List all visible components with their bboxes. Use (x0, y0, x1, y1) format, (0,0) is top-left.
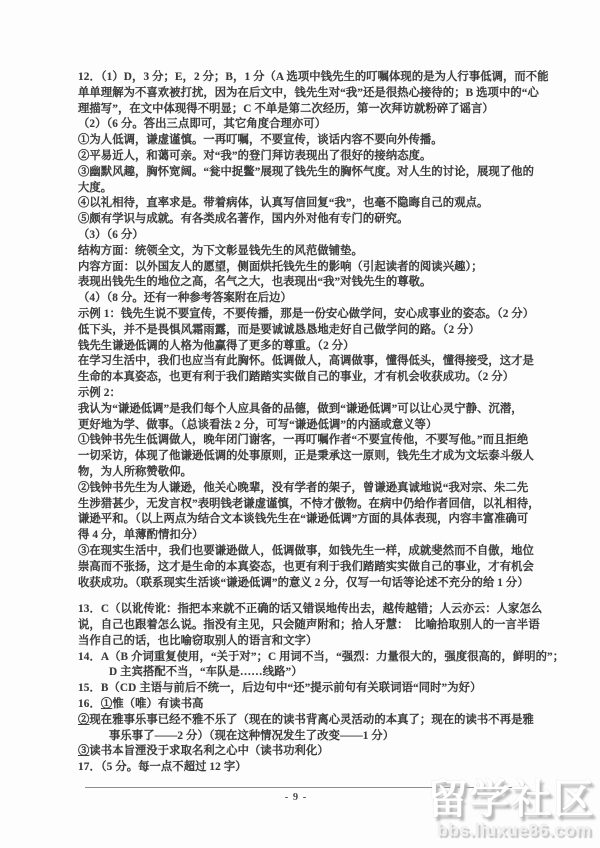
line-text: D 主宾搭配不当，“车队是……线路”） (109, 666, 303, 678)
line-text: 14．A（B 介词重复使用，“关于对”；C 用词不当，“强烈：力量很大的，强度很… (78, 651, 564, 663)
watermark-site-url: bbs.liuxue86.com (437, 822, 600, 840)
document-line: 生涉猎甚少，无发言权”表明钱老谦虚谨慎，不恃才傲物。在病中仍给作者回信，以礼相待… (78, 497, 538, 513)
document-line: 14．A（B 介词重复使用，“关于对”；C 用词不当，“强烈：力量很大的，强度很… (78, 650, 538, 666)
line-text: 12．（1）D，3 分；E，2 分；B，1 分（A 选项中钱先生的叮嘱体现的是为… (78, 71, 549, 83)
document-line: ⑤颇有学识与成就。有各类成名著作，国内外对他有专门的研究。 (78, 212, 538, 228)
line-text: （4）（8 分。还有一种参考答案附在后边） (78, 292, 292, 304)
question-number: 16． (78, 698, 101, 710)
line-text: 读书本旨湮没于求取名利之心中（读书功利化） (89, 745, 328, 757)
line-text: 示例 1：钱先生说不要宣传，不要传播，那是一份安心做学问，安心成事业的姿态。（2… (78, 308, 534, 320)
document-line: ②平易近人，和蔼可亲。对“我”的登门拜访表现出了很好的接纳态度。 (78, 149, 538, 165)
document-line: 谦逊平和。（以上两点为结合文本谈钱先生在“谦逊低调”方面的具体表现，内容丰富准确… (78, 512, 538, 528)
line-text: 物，为人所称赞敬仰。 (78, 466, 192, 478)
document-line: ④以礼相待，直率求是。带着病体，认真写信回复“我”，也毫不隐晦自己的观点。 (78, 196, 538, 212)
line-text: 理描写”，在文中体现得不明显；C 不单是第二次经历，第一次拜访就粉碎了谣言） (78, 103, 494, 115)
line-text: 示例 2： (78, 387, 121, 399)
document-line: 当作自己的话，也比喻窃取别人的语言和文字） (78, 634, 538, 650)
document-line: 说，自己也跟着怎么说。指没有主见，只会随声附和；拾人牙慧： 比喻拾取别人的一言半… (78, 618, 538, 634)
document-line: 低下头，并不是畏惧风霜雨露，而是要诚诚恳恳地走好自己做学问的路。（2 分） (78, 323, 538, 339)
line-text: ②平易近人，和蔼可亲。对“我”的登门拜访表现出了很好的接纳态度。 (78, 150, 431, 162)
line-text: 现在雅事乐事已经不雅不乐了（现在的读书背离心灵活动的本真了；现在的读书不再是雅 (89, 714, 533, 726)
line-text: 13．C（以讹传讹：指把本来就不正确的话又错误地传出去，越传越错；人云亦云：人家… (78, 603, 542, 615)
line-text: 17．（5 分。每一点不超过 12 字） (78, 761, 247, 773)
line-text: 15．B（CD 主语与前后不统一，后边句中“还”提示前句有关联词语“同时”为好） (78, 682, 481, 694)
document-line: ②钱钟书先生为人谦逊，他关心晚辈，没有学者的架子，曾谦逊真诚地说“我对宗、朱二先 (78, 481, 538, 497)
line-text: 收获成功。（联系现实生活谈“谦逊低调”的意义 2 分，仅写一句话等论述不充分的给… (78, 577, 529, 589)
document-line: 17．（5 分。每一点不超过 12 字） (78, 760, 538, 776)
document-line: 在学习生活中，我们也应当有此胸怀。低调做人，高调做事，懂得低头，懂得接受，这才是 (78, 354, 538, 370)
document-line: 单单理解为不喜欢被打扰，因为在后文中，钱先生对“我”还是很热心接待的；B 选项中… (78, 86, 538, 102)
line-text: ①为人低调，谦虚谨慎。一再叮嘱，不要宣传，谈话内容不要向外传播。 (78, 134, 443, 146)
line-text: 一切采访，体现了他谦逊低调的处事原则，正是秉承这一原则，钱先生才成为文坛泰斗级人 (78, 450, 534, 462)
watermark-logo-text: 留学社区 (427, 779, 600, 820)
line-text: 钱先生谦逊低调的人格为他赢得了更多的尊重。（2 分） (78, 340, 355, 352)
document-line: （3）（6 分） (78, 228, 538, 244)
document-line: ②现在雅事乐事已经不雅不乐了（现在的读书背离心灵活动的本真了；现在的读书不再是雅 (78, 713, 538, 729)
document-line: 示例 1：钱先生说不要宣传，不要传播，那是一份安心做学问，安心成事业的姿态。（2… (78, 307, 538, 323)
line-text: ④以礼相待，直率求是。带着病体，认真写信回复“我”，也毫不隐晦自己的观点。 (78, 197, 488, 209)
line-text: 大度。 (78, 182, 112, 194)
line-text: 结构方面：统领全文，为下文彰显钱先生的风范做铺垫。 (78, 245, 363, 257)
document-line: 一切采访，体现了他谦逊低调的处事原则，正是秉承这一原则，钱先生才成为文坛泰斗级人 (78, 449, 538, 465)
document-line: 内容方面：以外国友人的愿望，侧面烘托钱先生的影响（引起读者的阅读兴趣）； (78, 260, 538, 276)
document-line: 示例 2： (78, 386, 538, 402)
line-text: ⑤颇有学识与成就。有各类成名著作，国内外对他有专门的研究。 (78, 213, 409, 225)
line-text: 生涉猎甚少，无发言权”表明钱老谦虚谨慎，不恃才傲物。在病中仍给作者回信，以礼相待… (78, 498, 540, 510)
line-text: （3）（6 分） (78, 229, 144, 241)
document-line: 崇高而不张扬，这才是生命的本真姿态，也更有利于我们踏踏实实做自己的事业，才有机会 (78, 560, 538, 576)
line-text: 说，自己也跟着怎么说。指没有主见，只会随声附和；拾人牙慧： 比喻拾取别人的一言半… (78, 619, 540, 631)
circled-number-underlined: ③ (78, 745, 89, 757)
document-line: D 主宾搭配不当，“车队是……线路”） (78, 665, 538, 681)
answer-text-block: 12．（1）D，3 分；E，2 分；B，1 分（A 选项中钱先生的叮嘱体现的是为… (78, 70, 538, 776)
document-line: 大度。 (78, 181, 538, 197)
line-text: 表现出钱先生的地位之高，名气之大，也表现出“我”对钱先生的尊敬。 (78, 276, 431, 288)
line-text: ②钱钟书先生为人谦逊，他关心晚辈，没有学者的架子，曾谦逊真诚地说“我对宗、朱二先 (78, 482, 528, 494)
line-text: 单单理解为不喜欢被打扰，因为在后文中，钱先生对“我”还是很热心接待的；B 选项中… (78, 87, 539, 99)
document-line: ③读书本旨湮没于求取名利之心中（读书功利化） (78, 744, 538, 760)
line-text: ③在现实生活中，我们也要谦逊做人，低调做事，如钱先生一样，成就斐然而不自傲，地位 (78, 545, 534, 557)
line-text: 生命的本真姿态，也更有利于我们踏踏实实做自己的事业，才有机会收获成功。（2 分） (78, 371, 514, 383)
line-text: ①钱钟书先生低调做人，晚年闭门谢客，一再叮嘱作者“不要宣传他，不要写他。”而且拒… (78, 434, 528, 446)
line-text: 惟（唯）有读书高 (112, 698, 203, 710)
document-line: 13．C（以讹传讹：指把本来就不正确的话又错误地传出去，越传越错；人云亦云：人家… (78, 602, 538, 618)
watermark: 留学社区 bbs.liuxue86.com (427, 779, 600, 840)
document-line: 物，为人所称赞敬仰。 (78, 465, 538, 481)
document-line: 16．①惟（唯）有读书高 (78, 697, 538, 713)
line-text: 当作自己的话，也比喻窃取别人的语言和文字） (78, 635, 317, 647)
document-line: ①钱钟书先生低调做人，晚年闭门谢客，一再叮嘱作者“不要宣传他，不要写他。”而且拒… (78, 433, 538, 449)
document-line: ③幽默风趣，胸怀宽阔。“瓮中捉鳖”展现了钱先生的胸怀气度。对人生的讨论，展现了他… (78, 165, 538, 181)
line-text: 在学习生活中，我们也应当有此胸怀。低调做人，高调做事，懂得低头，懂得接受，这才是 (78, 355, 534, 367)
document-line: 理描写”，在文中体现得不明显；C 不单是第二次经历，第一次拜访就粉碎了谣言） (78, 102, 538, 118)
line-text: 更好地为学、做事。（总谈看法 2 分，可写“谦逊低调”的内涵或意义等） (78, 419, 437, 431)
document-line: ①为人低调，谦虚谨慎。一再叮嘱，不要宣传，谈话内容不要向外传播。 (78, 133, 538, 149)
document-line: 15．B（CD 主语与前后不统一，后边句中“还”提示前句有关联词语“同时”为好） (78, 681, 538, 697)
circled-number-underlined: ① (101, 698, 112, 710)
line-text: 事乐事了——2 分）（现在这种情况发生了改变——1 分） (109, 730, 394, 742)
document-line: 得 4 分，单薄酌情扣分） (78, 528, 538, 544)
document-line: 收获成功。（联系现实生活谈“谦逊低调”的意义 2 分，仅写一句话等论述不充分的给… (78, 576, 538, 592)
document-line: 结构方面：统领全文，为下文彰显钱先生的风范做铺垫。 (78, 244, 538, 260)
document-line: ③在现实生活中，我们也要谦逊做人，低调做事，如钱先生一样，成就斐然而不自傲，地位 (78, 544, 538, 560)
circled-number-underlined: ② (78, 714, 89, 726)
line-text: 得 4 分，单薄酌情扣分） (78, 529, 204, 541)
line-text: 我认为“谦逊低调”是我们每个人应具备的品德，做到“谦逊低调”可以让心灵宁静、沉潜… (78, 403, 523, 415)
document-line: （4）（8 分。还有一种参考答案附在后边） (78, 291, 538, 307)
document-line: 更好地为学、做事。（总谈看法 2 分，可写“谦逊低调”的内涵或意义等） (78, 418, 538, 434)
line-text: （2）（6 分。答出三点即可，其它角度合理亦可） (78, 118, 326, 130)
document-line: 表现出钱先生的地位之高，名气之大，也表现出“我”对钱先生的尊敬。 (78, 275, 538, 291)
document-line: 事乐事了——2 分）（现在这种情况发生了改变——1 分） (78, 729, 538, 745)
line-text: 崇高而不张扬，这才是生命的本真姿态，也更有利于我们踏踏实实做自己的事业，才有机会 (78, 561, 534, 573)
line-text: ③幽默风趣，胸怀宽阔。“瓮中捉鳖”展现了钱先生的胸怀气度。对人生的讨论，展现了他… (78, 166, 534, 178)
document-line: （2）（6 分。答出三点即可，其它角度合理亦可） (78, 117, 538, 133)
document-line: 生命的本真姿态，也更有利于我们踏踏实实做自己的事业，才有机会收获成功。（2 分） (78, 370, 538, 386)
line-text: 内容方面：以外国友人的愿望，侧面烘托钱先生的影响（引起读者的阅读兴趣）； (78, 261, 483, 273)
line-text: 低下头，并不是畏惧风霜雨露，而是要诚诚恳恳地走好自己做学问的路。（2 分） (78, 324, 480, 336)
line-text: 谦逊平和。（以上两点为结合文本谈钱先生在“谦逊低调”方面的具体表现，内容丰富准确… (78, 513, 528, 525)
document-line: 12．（1）D，3 分；E，2 分；B，1 分（A 选项中钱先生的叮嘱体现的是为… (78, 70, 538, 86)
document-line: 钱先生谦逊低调的人格为他赢得了更多的尊重。（2 分） (78, 339, 538, 355)
document-line: 我认为“谦逊低调”是我们每个人应具备的品德，做到“谦逊低调”可以让心灵宁静、沉潜… (78, 402, 538, 418)
